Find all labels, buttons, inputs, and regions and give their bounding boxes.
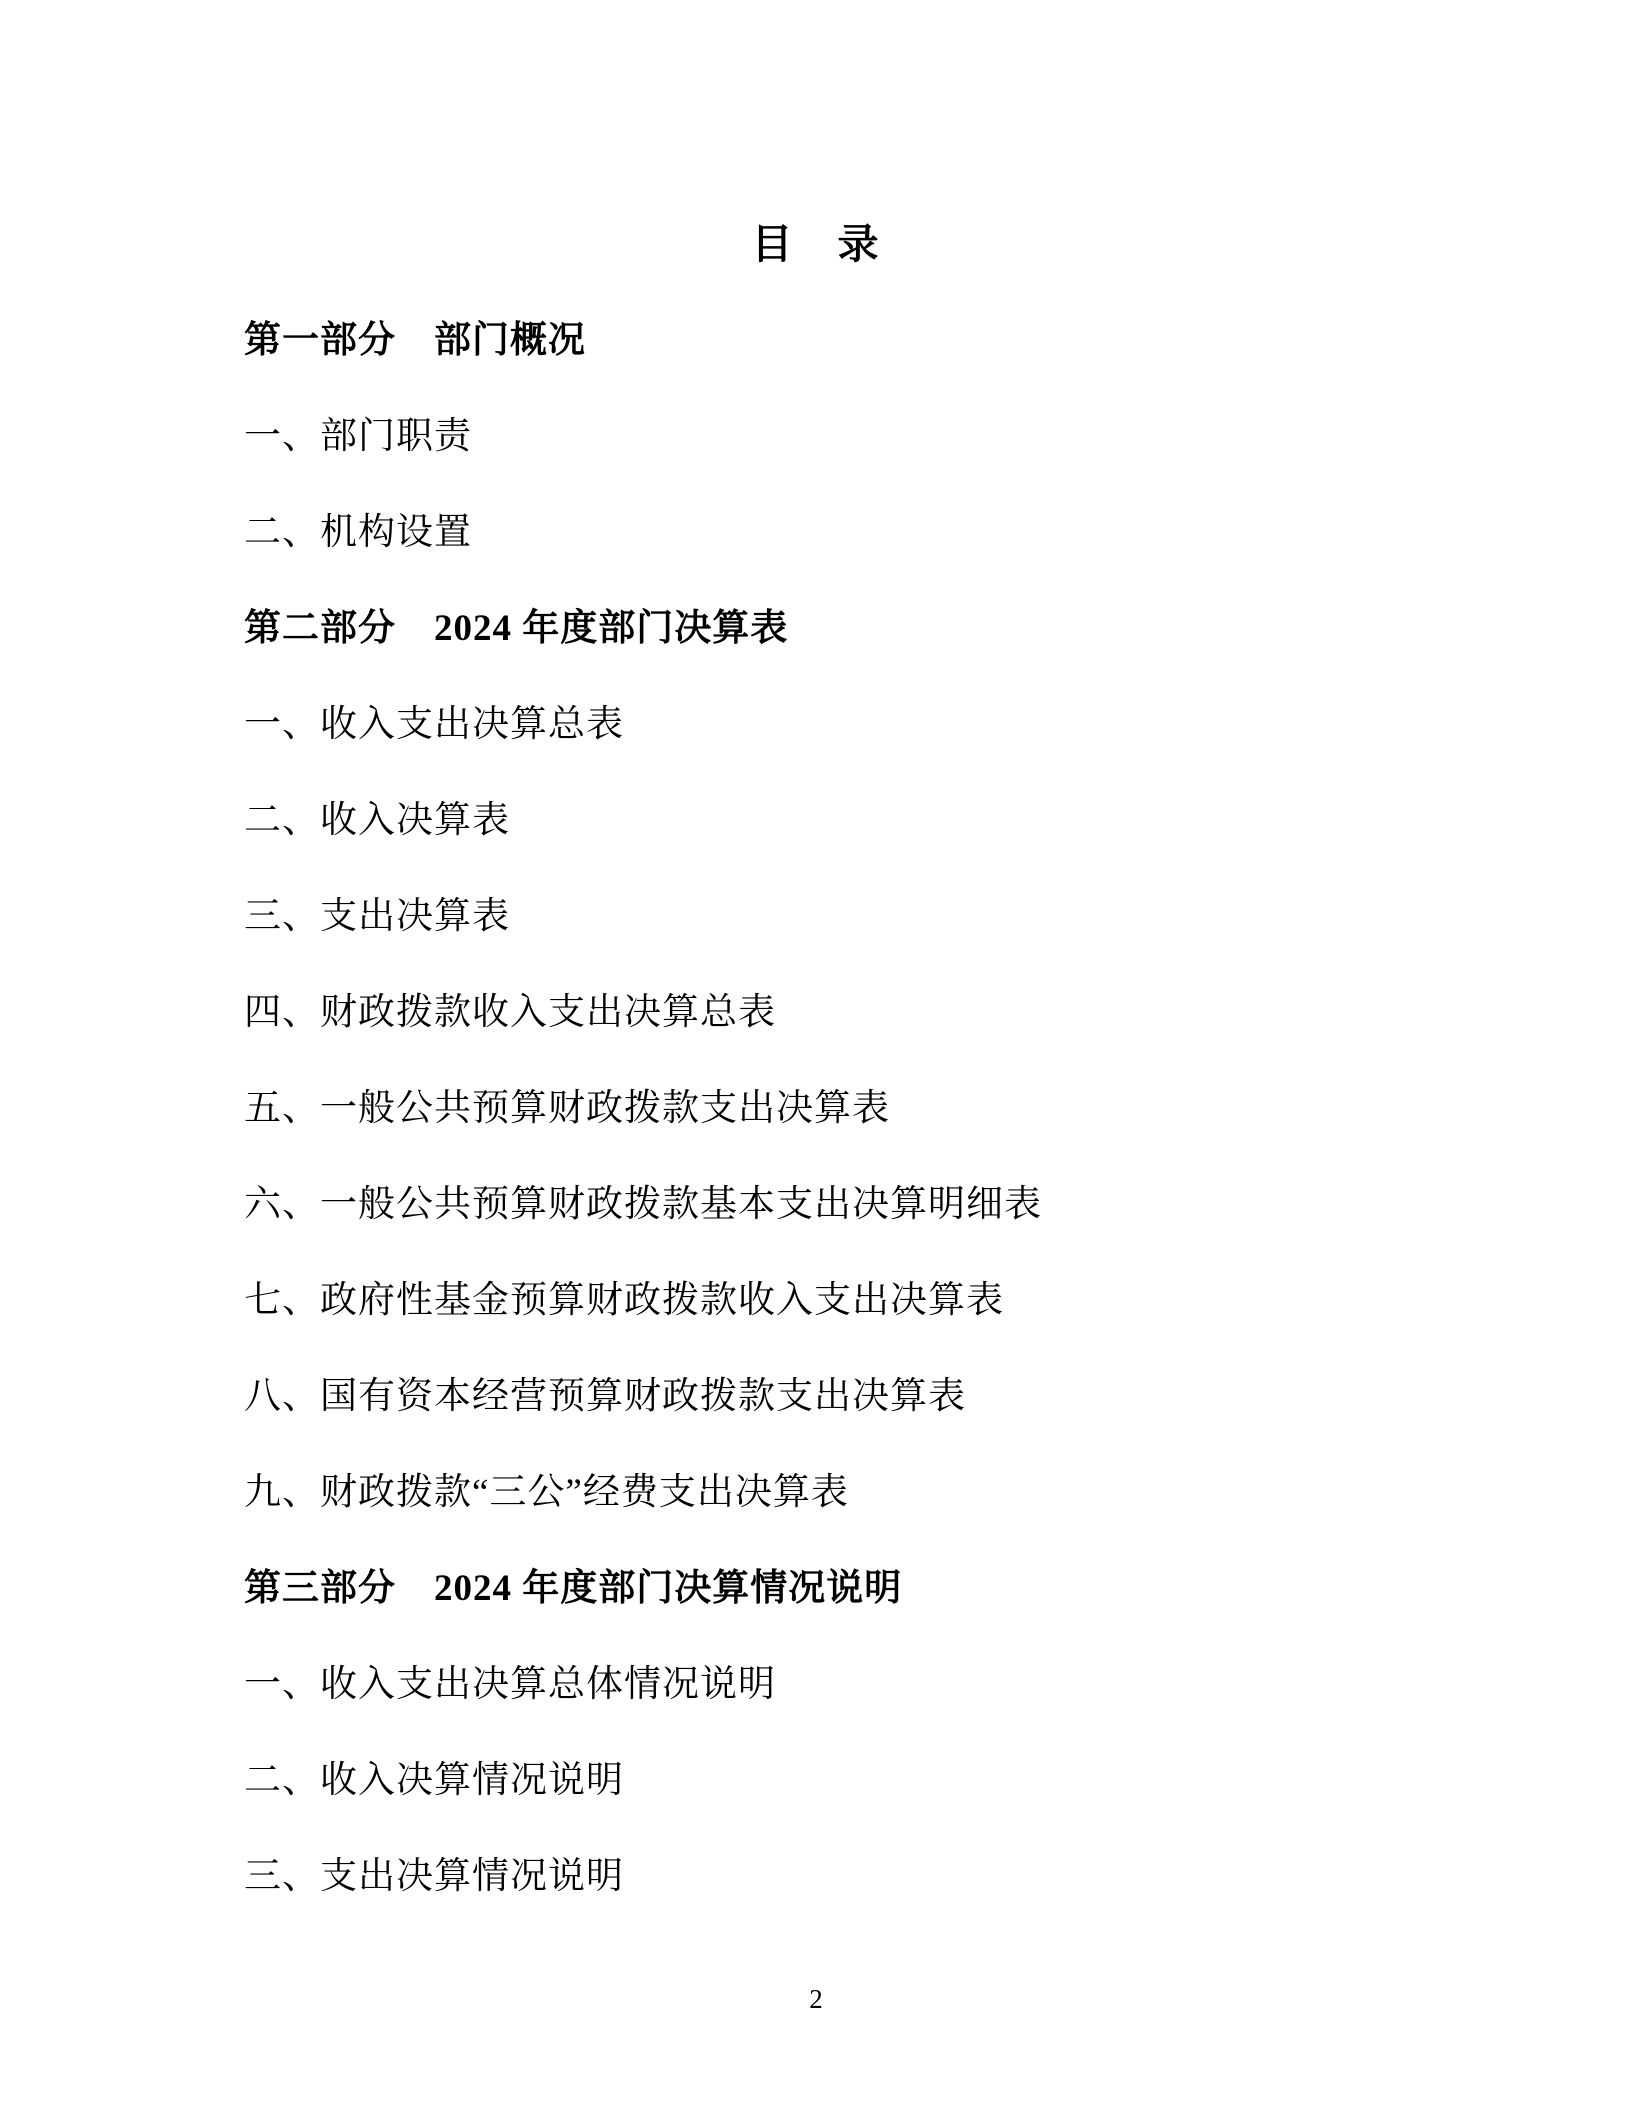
toc-part3-heading: 第三部分 2024 年度部门决算情况说明	[0, 1536, 1632, 1632]
toc-item: 三、支出决算表	[0, 864, 1632, 960]
page-number: 2	[0, 1984, 1632, 2015]
toc-item: 四、财政拨款收入支出决算总表	[0, 960, 1632, 1056]
toc-item: 一、收入支出决算总体情况说明	[0, 1632, 1632, 1728]
document-page: 目 录 第一部分 部门概况 一、部门职责 二、机构设置 第二部分 2024 年度…	[0, 0, 1632, 2112]
toc-item: 一、部门职责	[0, 384, 1632, 480]
toc-item: 二、收入决算情况说明	[0, 1728, 1632, 1824]
toc-item: 五、一般公共预算财政拨款支出决算表	[0, 1056, 1632, 1152]
toc-part1-heading: 第一部分 部门概况	[0, 288, 1632, 384]
toc-item: 二、收入决算表	[0, 768, 1632, 864]
toc-item: 一、收入支出决算总表	[0, 672, 1632, 768]
toc-item: 七、政府性基金预算财政拨款收入支出决算表	[0, 1248, 1632, 1344]
table-of-contents: 目 录 第一部分 部门概况 一、部门职责 二、机构设置 第二部分 2024 年度…	[0, 192, 1632, 1920]
toc-item: 八、国有资本经营预算财政拨款支出决算表	[0, 1344, 1632, 1440]
toc-title: 目 录	[0, 192, 1632, 288]
toc-item: 二、机构设置	[0, 480, 1632, 576]
toc-item: 六、一般公共预算财政拨款基本支出决算明细表	[0, 1152, 1632, 1248]
toc-part2-heading: 第二部分 2024 年度部门决算表	[0, 576, 1632, 672]
toc-item: 三、支出决算情况说明	[0, 1824, 1632, 1920]
toc-item: 九、财政拨款“三公”经费支出决算表	[0, 1440, 1632, 1536]
